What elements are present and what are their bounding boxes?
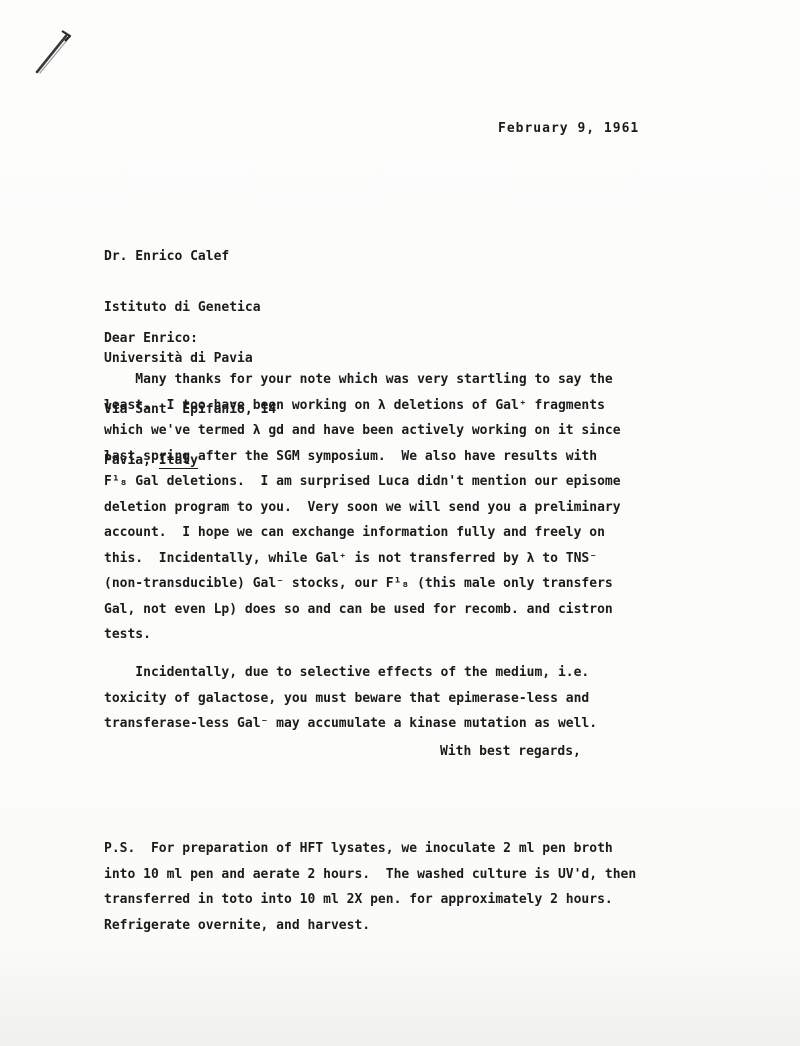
postscript-paragraph: P.S. For preparation of HFT lysates, we …: [104, 836, 636, 938]
body-paragraph-2: Incidentally, due to selective effects o…: [104, 660, 597, 737]
staple-mark-icon: [28, 22, 90, 80]
recipient-university: Università di Pavia: [104, 350, 276, 367]
recipient-institute: Istituto di Genetica: [104, 299, 276, 316]
salutation: Dear Enrico:: [104, 331, 198, 346]
letter-date: February 9, 1961: [498, 121, 639, 136]
letter-page: February 9, 1961 Dr. Enrico Calef Istitu…: [0, 0, 800, 1046]
body-paragraph-1: Many thanks for your note which was very…: [104, 367, 621, 648]
recipient-name: Dr. Enrico Calef: [104, 248, 276, 265]
closing-regards: With best regards,: [440, 744, 581, 759]
